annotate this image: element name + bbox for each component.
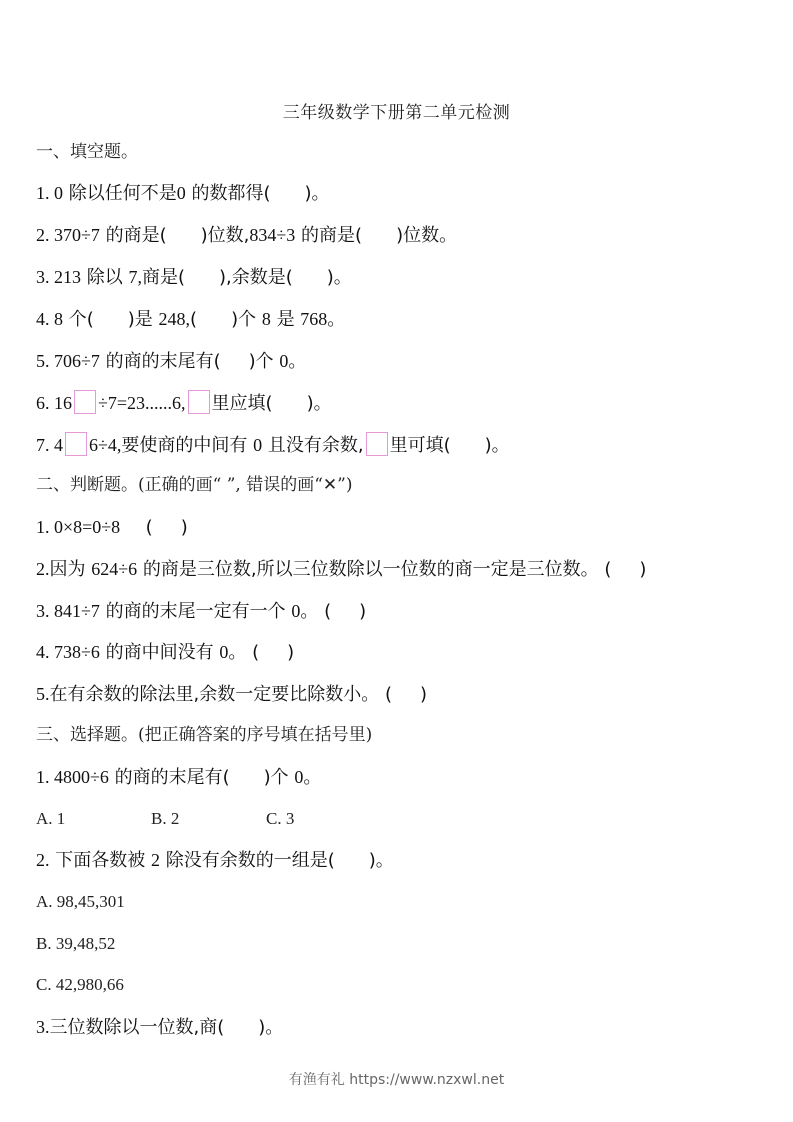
question-text: 的商是( — [106, 225, 167, 246]
digit-blank-box[interactable] — [65, 432, 87, 456]
question-1-3: 3. 213 除以 7,商是(),余数是()。 — [36, 265, 352, 290]
question-2-2: 2.因为 624÷6 的商是三位数,所以三位数除以一位数的商一定是三位数。 () — [36, 557, 646, 582]
choice-option-b[interactable]: B. 39,48,52 — [36, 932, 115, 956]
footer-watermark: 有渔有礼 https://www.nzxwl.net — [0, 1069, 793, 1089]
question-number-value: 0 — [253, 435, 262, 455]
question-expression: 1. 4800÷6 — [36, 767, 109, 787]
question-1-7: 7. 46÷4,要使商的中间有 0 且没有余数,里可填()。 — [36, 432, 510, 458]
question-expression: 6÷4, — [89, 435, 121, 455]
question-number: 3. 213 — [36, 267, 81, 287]
question-text: 除以 — [87, 267, 123, 288]
question-text: 除没有余数的一组是( — [166, 850, 335, 871]
question-number-value: 0。 — [279, 351, 306, 371]
question-number: 1. 0 — [36, 183, 63, 203]
question-expression: 834÷3 — [249, 225, 295, 245]
question-number: 2. 370÷7 — [36, 225, 100, 245]
question-text: ( — [190, 309, 197, 330]
question-expression: 3. 841÷7 — [36, 601, 100, 621]
section-heading-multiple-choice: 三、选择题。(把正确答案的序号填在括号里) — [36, 723, 372, 747]
question-text: )位数。 — [396, 225, 457, 246]
choice-option-c[interactable]: C. 3 — [266, 809, 294, 828]
question-number-value: 2 — [151, 850, 160, 870]
question-2-5: 5.在有余数的除法里,余数一定要比除数小。 () — [36, 682, 427, 707]
question-expression: 4. 738÷6 — [36, 642, 100, 662]
question-2-1: 1. 0×8=0÷8 () — [36, 515, 188, 540]
question-text: )个 — [231, 309, 256, 330]
question-text: )。 — [305, 183, 330, 204]
page-title: 三年级数学下册第二单元检测 — [0, 98, 793, 123]
question-text: )。 — [369, 850, 394, 871]
question-text: 的商中间没有 — [106, 642, 214, 663]
question-number: 5. 706÷7 — [36, 351, 100, 371]
section-heading-fill-in: 一、填空题。 — [36, 140, 138, 164]
question-number-value: 7, — [128, 267, 142, 287]
question-text: ),余数是( — [219, 267, 293, 288]
close-paren: ) — [639, 559, 646, 580]
question-text: 的商的末尾有( — [106, 351, 221, 372]
question-number: 3. — [36, 1017, 50, 1037]
question-1-5: 5. 706÷7 的商的末尾有()个 0。 — [36, 349, 306, 374]
question-3-3: 3.三位数除以一位数,商()。 — [36, 1015, 283, 1040]
question-text: )。 — [327, 267, 352, 288]
close-paren: ) — [420, 684, 427, 705]
close-paren: ) — [287, 642, 294, 663]
choice-option-c[interactable]: C. 42,980,66 — [36, 973, 124, 997]
open-paren: ( — [324, 601, 331, 622]
choice-option-a[interactable]: A. 98,45,301 — [36, 890, 125, 914]
open-paren: ( — [604, 559, 611, 580]
close-paren: ) — [359, 601, 366, 622]
question-number: 6. 16 — [36, 393, 72, 413]
question-1-1: 1. 0 除以任何不是0 的数都得()。 — [36, 181, 330, 206]
question-text: 个( — [69, 309, 94, 330]
question-text: )。 — [485, 435, 510, 456]
question-number: 5. — [36, 684, 50, 704]
question-number-value: 8 — [262, 309, 271, 329]
question-text: )。 — [307, 393, 332, 414]
question-text: )个 — [264, 767, 289, 788]
question-number-value: 0。 — [291, 601, 318, 621]
question-number-value: 768。 — [300, 309, 345, 329]
question-text: 商是( — [142, 267, 185, 288]
choice-option-b[interactable]: B. 2 — [151, 807, 266, 831]
question-text: 三位数除以一位数,商( — [50, 1017, 225, 1038]
choice-option-a[interactable]: A. 1 — [36, 807, 151, 831]
question-2-4: 4. 738÷6 的商中间没有 0。 () — [36, 640, 294, 665]
section-heading-true-false: 二、判断题。(正确的画“ ”, 错误的画“✕”) — [36, 473, 352, 497]
question-text: 的数都得( — [191, 183, 270, 204]
question-text: 的商的末尾一定有一个 — [106, 601, 286, 622]
question-1-6: 6. 16÷7=23......6,里应填()。 — [36, 390, 332, 416]
question-number-value: 0。 — [219, 642, 246, 662]
question-number: 7. 4 — [36, 435, 63, 455]
question-number-value: 0 — [177, 183, 186, 203]
question-text: )位数, — [201, 225, 250, 246]
question-text: 要使商的中间有 — [121, 435, 247, 456]
question-text: )个 — [249, 351, 274, 372]
question-text: 除以任何不是 — [69, 183, 177, 204]
question-text: 在有余数的除法里,余数一定要比除数小。 — [50, 684, 380, 705]
question-1-4: 4. 8 个()是 248,()个 8 是 768。 — [36, 307, 345, 332]
question-3-1: 1. 4800÷6 的商的末尾有()个 0。 — [36, 765, 321, 790]
question-number-value: 0。 — [294, 767, 321, 787]
question-text: 的商的末尾有( — [115, 767, 230, 788]
digit-blank-box[interactable] — [188, 390, 210, 414]
question-2-3: 3. 841÷7 的商的末尾一定有一个 0。 () — [36, 599, 366, 624]
question-expression: 1. 0×8=0÷8 — [36, 517, 120, 537]
open-paren: ( — [146, 517, 153, 538]
question-text: )。 — [258, 1017, 283, 1038]
choice-options-row: A. 1B. 2C. 3 — [36, 807, 294, 831]
question-3-2: 2. 下面各数被 2 除没有余数的一组是()。 — [36, 848, 394, 873]
question-text: 里应填( — [212, 393, 273, 414]
question-text: 的商是三位数,所以三位数除以一位数的商一定是三位数。 — [143, 559, 599, 580]
question-expression: 624÷6 — [91, 559, 137, 579]
question-text: )是 — [128, 309, 153, 330]
open-paren: ( — [252, 642, 259, 663]
question-expression: ÷7=23......6, — [98, 393, 186, 413]
question-number-value: 248, — [159, 309, 191, 329]
open-paren: ( — [385, 684, 392, 705]
question-text: 因为 — [50, 559, 86, 580]
question-text: 是 — [277, 309, 295, 330]
question-text: 且没有余数, — [268, 435, 364, 456]
question-number: 2. — [36, 850, 50, 870]
question-number: 2. — [36, 559, 50, 579]
question-text: 下面各数被 — [55, 850, 145, 871]
question-1-2: 2. 370÷7 的商是()位数,834÷3 的商是()位数。 — [36, 223, 457, 248]
question-text: 里可填( — [390, 435, 451, 456]
close-paren: ) — [181, 517, 188, 538]
digit-blank-box[interactable] — [366, 432, 388, 456]
digit-blank-box[interactable] — [74, 390, 96, 414]
question-number: 4. 8 — [36, 309, 63, 329]
question-text: 的商是( — [301, 225, 362, 246]
